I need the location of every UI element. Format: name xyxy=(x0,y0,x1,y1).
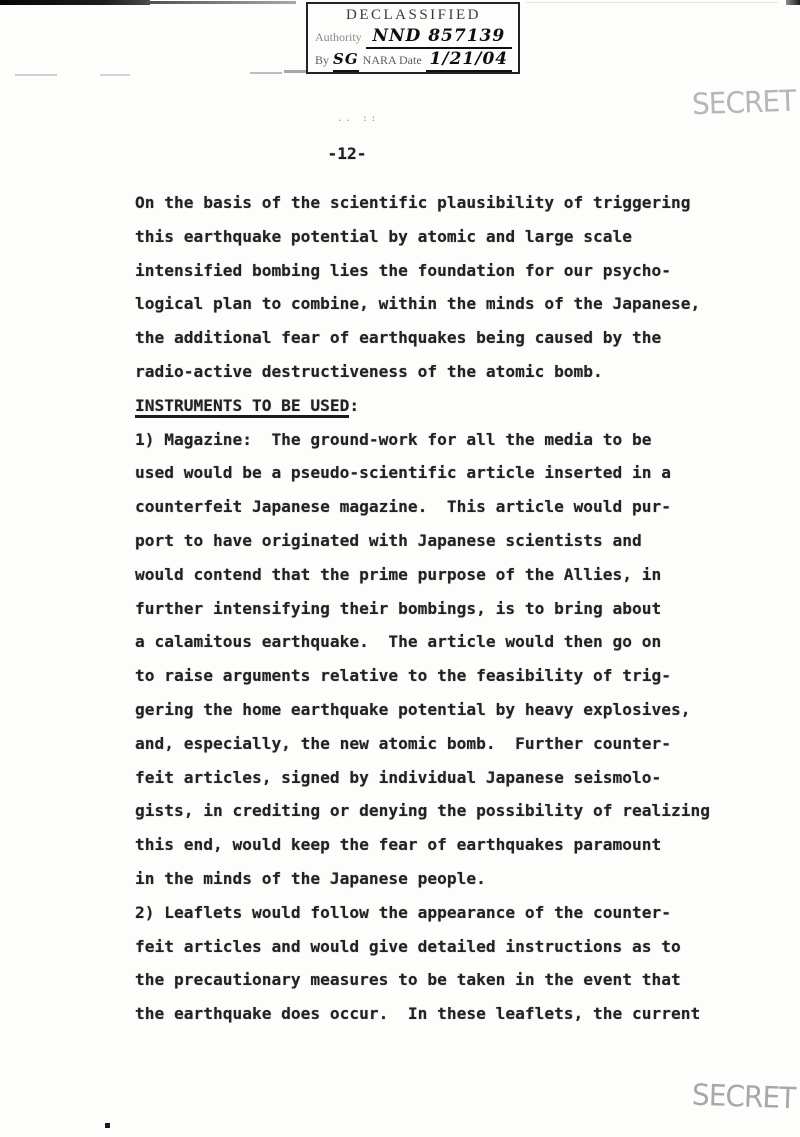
scan-edge-artifact xyxy=(0,0,150,5)
typed-text-block: On the basis of the scientific plausibil… xyxy=(135,186,765,1031)
section-heading-underlined: INSTRUMENTS TO BE USED xyxy=(135,396,349,418)
declassified-authority-row: Authority NND 857139 xyxy=(315,26,512,49)
typed-line: further intensifying their bombings, is … xyxy=(135,592,765,626)
declassified-by-row: By SG NARA Date 1/21/04 xyxy=(315,49,512,72)
typed-line: the additional fear of earthquakes being… xyxy=(135,321,765,355)
secret-stamp-top: SECRET xyxy=(691,83,795,121)
typed-line: 2) Leaflets would follow the appearance … xyxy=(135,896,765,930)
scan-edge-artifact xyxy=(526,2,778,3)
scan-edge-artifact xyxy=(146,1,296,4)
declassified-stamp: DECLASSIFIED Authority NND 857139 By SG … xyxy=(306,2,520,74)
scan-smudge xyxy=(284,70,308,73)
scan-smudge xyxy=(100,74,130,76)
typed-line: gists, in crediting or denying the possi… xyxy=(135,794,765,828)
typed-line: in the minds of the Japanese people. xyxy=(135,862,765,896)
typed-line: feit articles and would give detailed in… xyxy=(135,930,765,964)
typed-line: counterfeit Japanese magazine. This arti… xyxy=(135,490,765,524)
by-handwritten-initials: SG xyxy=(333,49,359,72)
typed-line: 1) Magazine: The ground-work for all the… xyxy=(135,423,765,457)
nara-date-label: NARA Date xyxy=(363,50,422,71)
date-handwritten-value: 1/21/04 xyxy=(426,49,512,72)
typed-line: this earthquake potential by atomic and … xyxy=(135,220,765,254)
authority-label: Authority xyxy=(315,27,362,48)
typed-line: port to have originated with Japanese sc… xyxy=(135,524,765,558)
declassified-stamp-title: DECLASSIFIED xyxy=(315,6,512,26)
scan-smudge xyxy=(15,74,57,76)
typed-line: INSTRUMENTS TO BE USED: xyxy=(135,389,765,423)
authority-handwritten-value: NND 857139 xyxy=(366,26,512,49)
typed-line: and, especially, the new atomic bomb. Fu… xyxy=(135,727,765,761)
typed-line: used would be a pseudo-scientific articl… xyxy=(135,456,765,490)
typed-line: feit articles, signed by individual Japa… xyxy=(135,761,765,795)
page-number: -12- xyxy=(307,144,387,163)
ink-smudge-marks: .. :: xyxy=(328,114,388,124)
typed-line: to raise arguments relative to the feasi… xyxy=(135,659,765,693)
typed-line: intensified bombing lies the foundation … xyxy=(135,254,765,288)
typed-line: gering the home earthquake potential by … xyxy=(135,693,765,727)
typed-line: a calamitous earthquake. The article wou… xyxy=(135,625,765,659)
secret-stamp-bottom: SECRET xyxy=(691,1077,795,1115)
typed-line: On the basis of the scientific plausibil… xyxy=(135,186,765,220)
typed-line: the earthquake does occur. In these leaf… xyxy=(135,997,765,1031)
scan-speck xyxy=(105,1123,110,1128)
scan-smudge xyxy=(250,72,282,74)
typed-line: logical plan to combine, within the mind… xyxy=(135,287,765,321)
by-label: By xyxy=(315,50,329,71)
typed-line: the precautionary measures to be taken i… xyxy=(135,963,765,997)
scanned-document-page: DECLASSIFIED Authority NND 857139 By SG … xyxy=(0,0,800,1137)
typed-line: radio-active destructiveness of the atom… xyxy=(135,355,765,389)
scan-edge-artifact xyxy=(786,0,800,5)
typed-line: this end, would keep the fear of earthqu… xyxy=(135,828,765,862)
typed-line: would contend that the prime purpose of … xyxy=(135,558,765,592)
